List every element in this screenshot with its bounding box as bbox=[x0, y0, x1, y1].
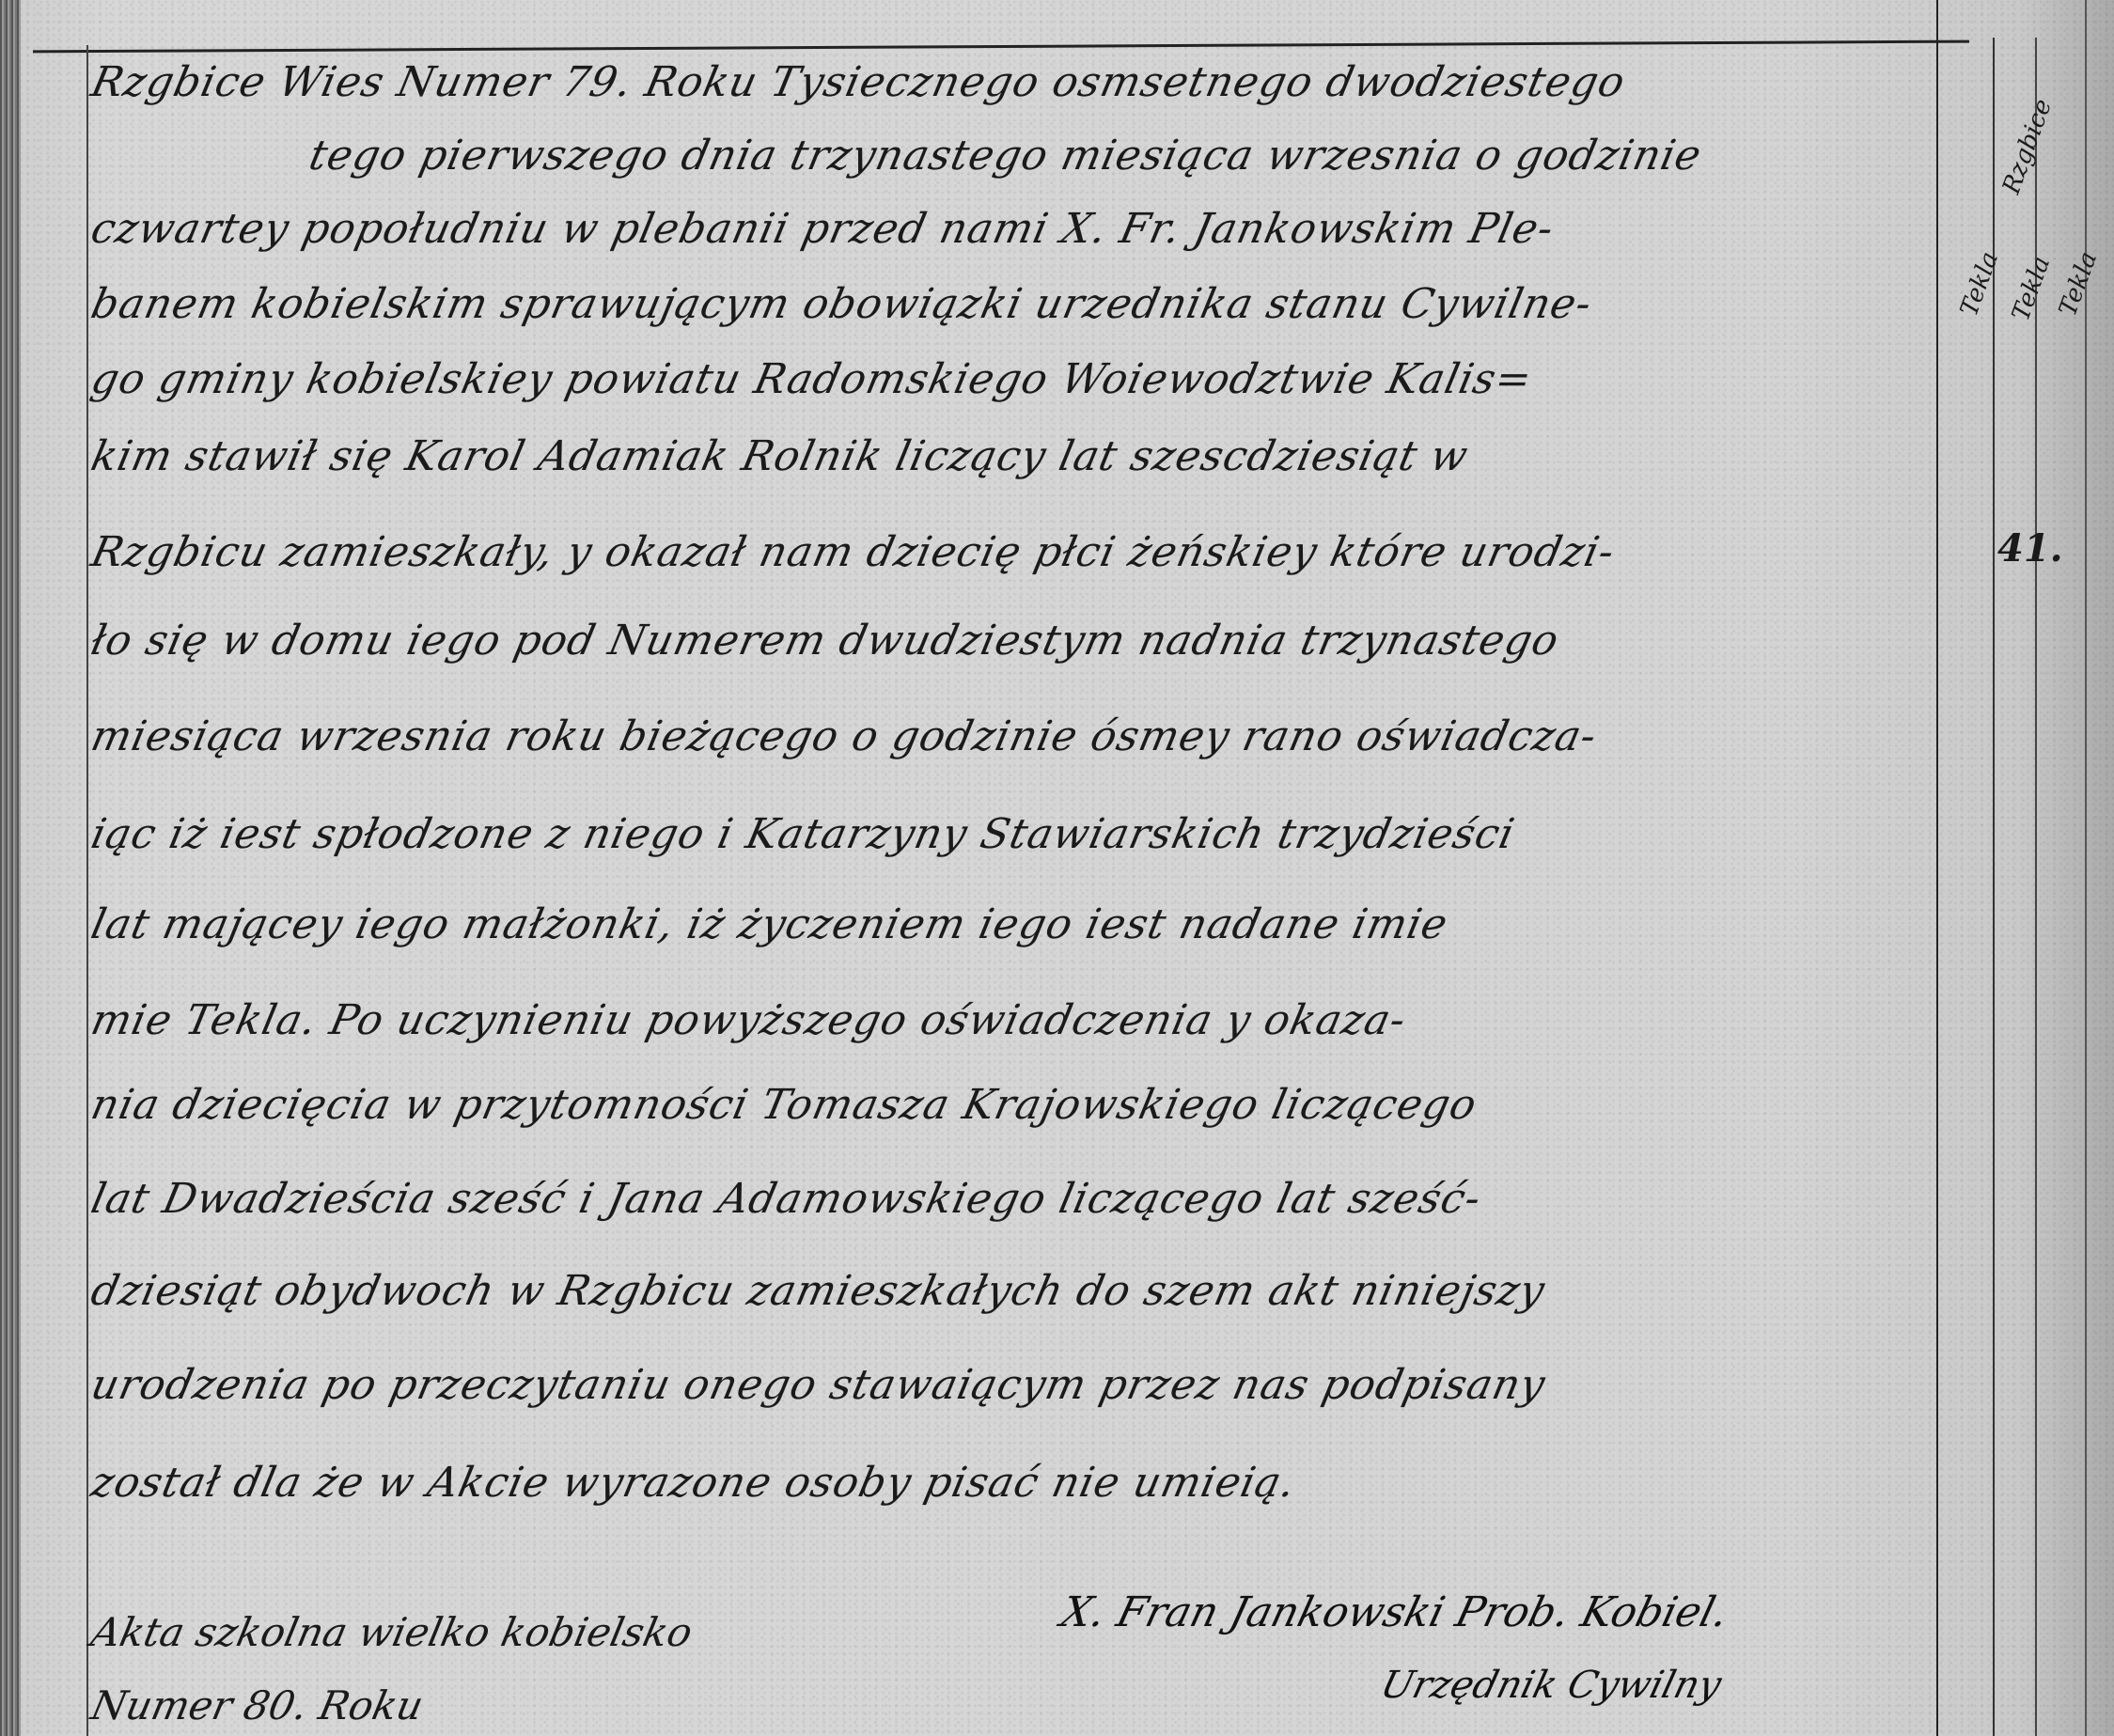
margin-entry-number: 41. bbox=[1997, 526, 2063, 571]
record-line: lat Dwadzieścia sześć i Jana Adamowskieg… bbox=[87, 1175, 1486, 1223]
record-line: kim stawił się Karol Adamiak Rolnik licz… bbox=[87, 432, 1473, 480]
record-line: iąc iż iest spłodzone z niego i Katarzyn… bbox=[87, 810, 1520, 858]
record-line: urodzenia po przeczytaniu onego stawaiąc… bbox=[87, 1361, 1550, 1409]
right-column-line-2 bbox=[1993, 38, 1995, 1736]
right-column-line-1 bbox=[1936, 0, 1938, 1736]
record-line: miesiąca wrzesnia roku bieżącego o godzi… bbox=[87, 712, 1602, 760]
book-binding-edge bbox=[0, 0, 21, 1736]
record-line: został dla że w Akcie wyrazone osoby pis… bbox=[87, 1459, 1301, 1507]
record-line: go gminy kobielskiey powiatu Radomskiego… bbox=[87, 355, 1537, 403]
record-line: Rzgbicu zamieszkały, y okazał nam dzieci… bbox=[87, 528, 1620, 576]
top-ruled-line bbox=[33, 40, 1969, 54]
margin-child-name: Tekla bbox=[2007, 253, 2056, 324]
document-page: Rzgbice Wies Numer 79. Roku Tysiecznego … bbox=[0, 0, 2114, 1736]
record-line: banem kobielskim sprawującym obowiązki u… bbox=[87, 280, 1597, 328]
next-record-heading: Akta szkolna wielko kobielsko bbox=[87, 1609, 697, 1655]
margin-child-name: Tekla bbox=[2054, 248, 2103, 320]
record-line: lat mającey iego małżonki, iż życzeniem … bbox=[87, 900, 1453, 948]
record-line: nia dziecięcia w przytomności Tomasza Kr… bbox=[87, 1081, 1481, 1129]
record-line: tego pierwszego dnia trzynastego miesiąc… bbox=[305, 132, 1706, 180]
record-line: mie Tekla. Po uczynieniu powyższego oświ… bbox=[87, 996, 1411, 1044]
margin-child-name: Tekla bbox=[1955, 248, 2004, 320]
margin-village-name: Rzgbice bbox=[1997, 95, 2058, 197]
record-line: Rzgbice Wies Numer 79. Roku Tysiecznego … bbox=[87, 58, 1630, 106]
official-title: Urzędnik Cywilny bbox=[1376, 1664, 1726, 1707]
record-line: czwartey popołudniu w plebanii przed nam… bbox=[87, 205, 1558, 253]
next-record-number: Numer 80. Roku bbox=[87, 1682, 428, 1728]
left-margin-line bbox=[86, 45, 88, 1736]
record-line: dziesiąt obydwoch w Rzgbicu zamieszkałyc… bbox=[87, 1267, 1550, 1315]
record-line: ło się w domu iego pod Numerem dwudziest… bbox=[87, 617, 1564, 665]
official-signature: X. Fran Jankowski Prob. Kobiel. bbox=[1057, 1588, 1733, 1636]
